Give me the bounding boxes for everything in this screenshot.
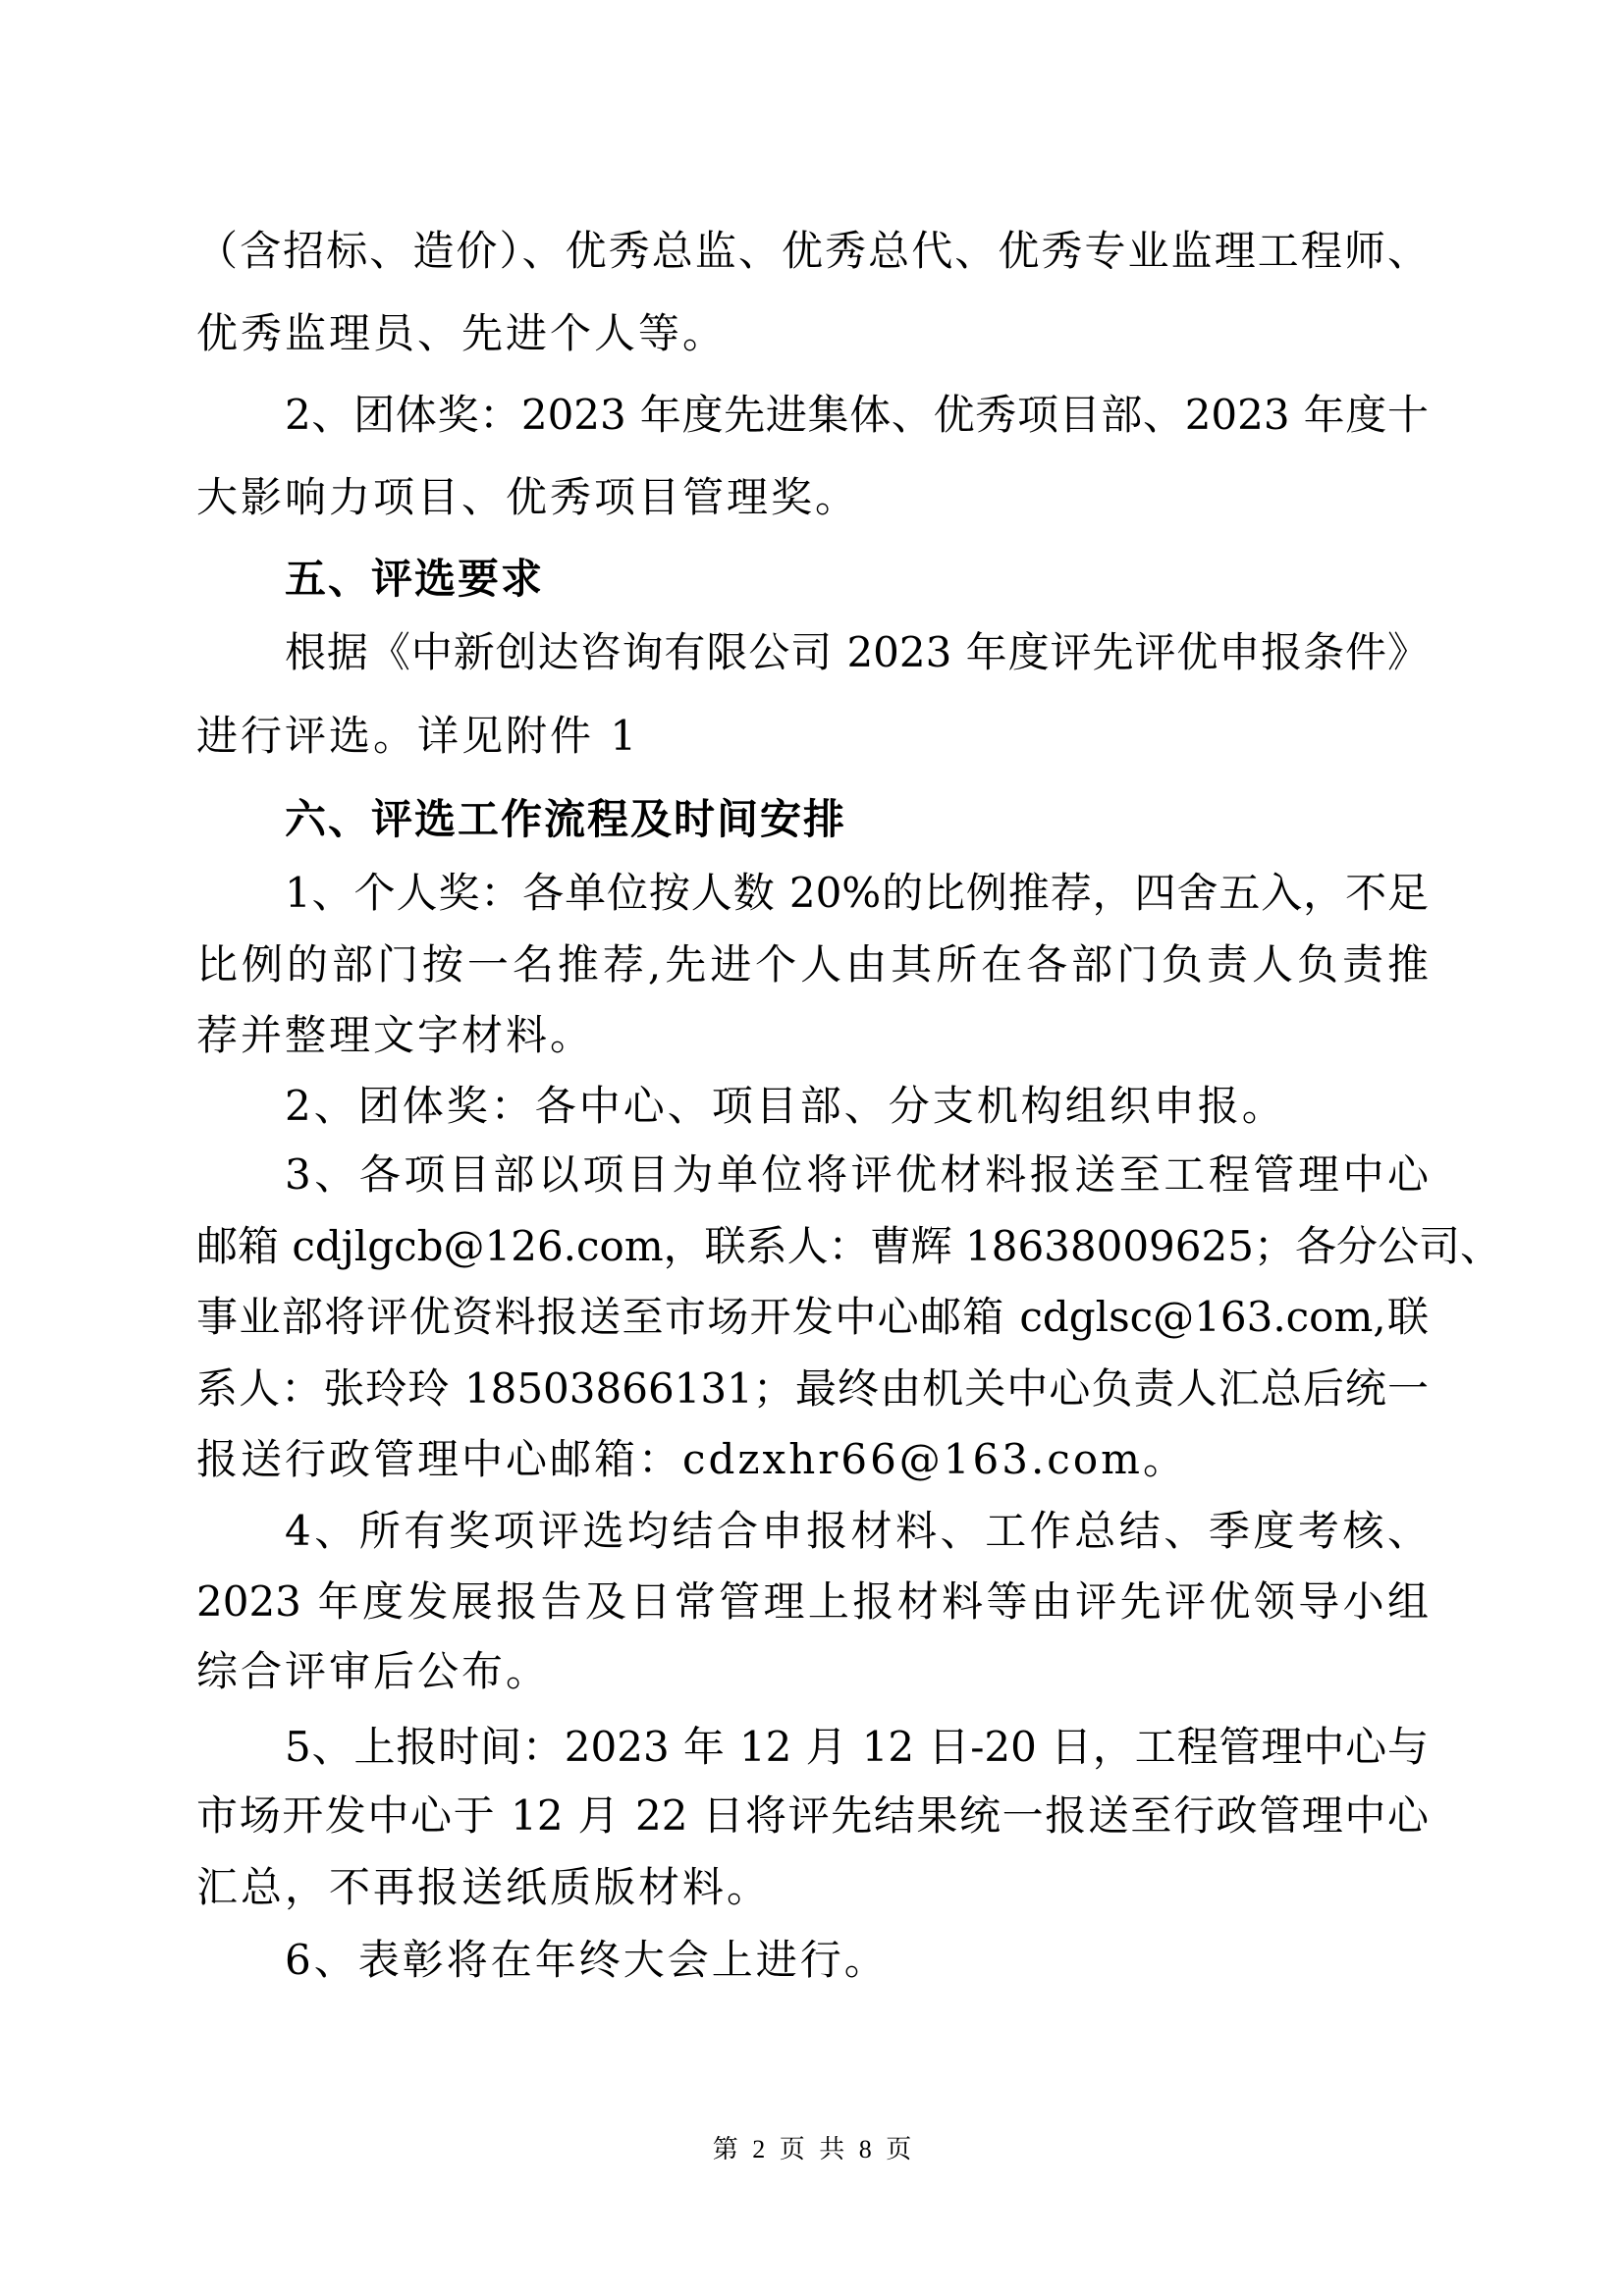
paragraph-line: 荐并整理文字材料。 — [196, 1008, 1429, 1063]
paragraph-line: 事业部将评优资料报送至市场开发中心邮箱 cdglsc@163.com,联 — [196, 1290, 1429, 1345]
paragraph-line: 6、表彰将在年终大会上进行。 — [285, 1933, 1429, 1988]
paragraph-line: 市场开发中心于 12 月 22 日将评先结果统一报送至行政管理中心 — [196, 1789, 1429, 1843]
section-heading: 五、评选要求 — [285, 552, 1429, 607]
paragraph-line: 4、所有奖项评选均结合申报材料、工作总结、季度考核、 — [285, 1504, 1429, 1559]
paragraph-line: 1、个人奖：各单位按人数 20%的比例推荐，四舍五入，不足 — [285, 866, 1429, 921]
paragraph-line: 大影响力项目、优秀项目管理奖。 — [196, 470, 1429, 525]
page-footer: 第 2 页 共 8 页 — [0, 2130, 1624, 2169]
paragraph-line: 系人：张玲玲 18503866131；最终由机关中心负责人汇总后统一 — [196, 1362, 1429, 1416]
paragraph-line: 进行评选。详见附件 1 — [196, 709, 1429, 764]
paragraph-line: （含招标、造价）、优秀总监、优秀总代、优秀专业监理工程师、 — [196, 224, 1429, 279]
paragraph-line: 综合评审后公布。 — [196, 1644, 1429, 1699]
paragraph-line: 报送行政管理中心邮箱：cdzxhr66@163.com。 — [196, 1432, 1429, 1487]
paragraph-line: 2、团体奖：2023 年度先进集体、优秀项目部、2023 年度十 — [285, 388, 1429, 443]
paragraph-line: 5、上报时间：2023 年 12 月 12 日-20 日，工程管理中心与 — [285, 1720, 1429, 1775]
paragraph-line: 比例的部门按一名推荐,先进个人由其所在各部门负责人负责推 — [196, 937, 1429, 992]
paragraph-line: 邮箱 cdjlgcb@126.com，联系人：曹辉 18638009625；各分… — [196, 1219, 1429, 1274]
paragraph-line: 汇总，不再报送纸质版材料。 — [196, 1860, 1429, 1915]
paragraph-line: 根据《中新创达咨询有限公司 2023 年度评先评优申报条件》 — [285, 625, 1429, 680]
paragraph-line: 优秀监理员、先进个人等。 — [196, 306, 1429, 361]
paragraph-line: 3、各项目部以项目为单位将评优材料报送至工程管理中心 — [285, 1148, 1429, 1202]
paragraph-line: 2、团体奖：各中心、项目部、分支机构组织申报。 — [285, 1079, 1429, 1134]
paragraph-line: 2023 年度发展报告及日常管理上报材料等由评先评优领导小组 — [196, 1575, 1429, 1629]
document-page: （含招标、造价）、优秀总监、优秀总代、优秀专业监理工程师、优秀监理员、先进个人等… — [0, 0, 1624, 2296]
section-heading: 六、评选工作流程及时间安排 — [285, 792, 1429, 847]
